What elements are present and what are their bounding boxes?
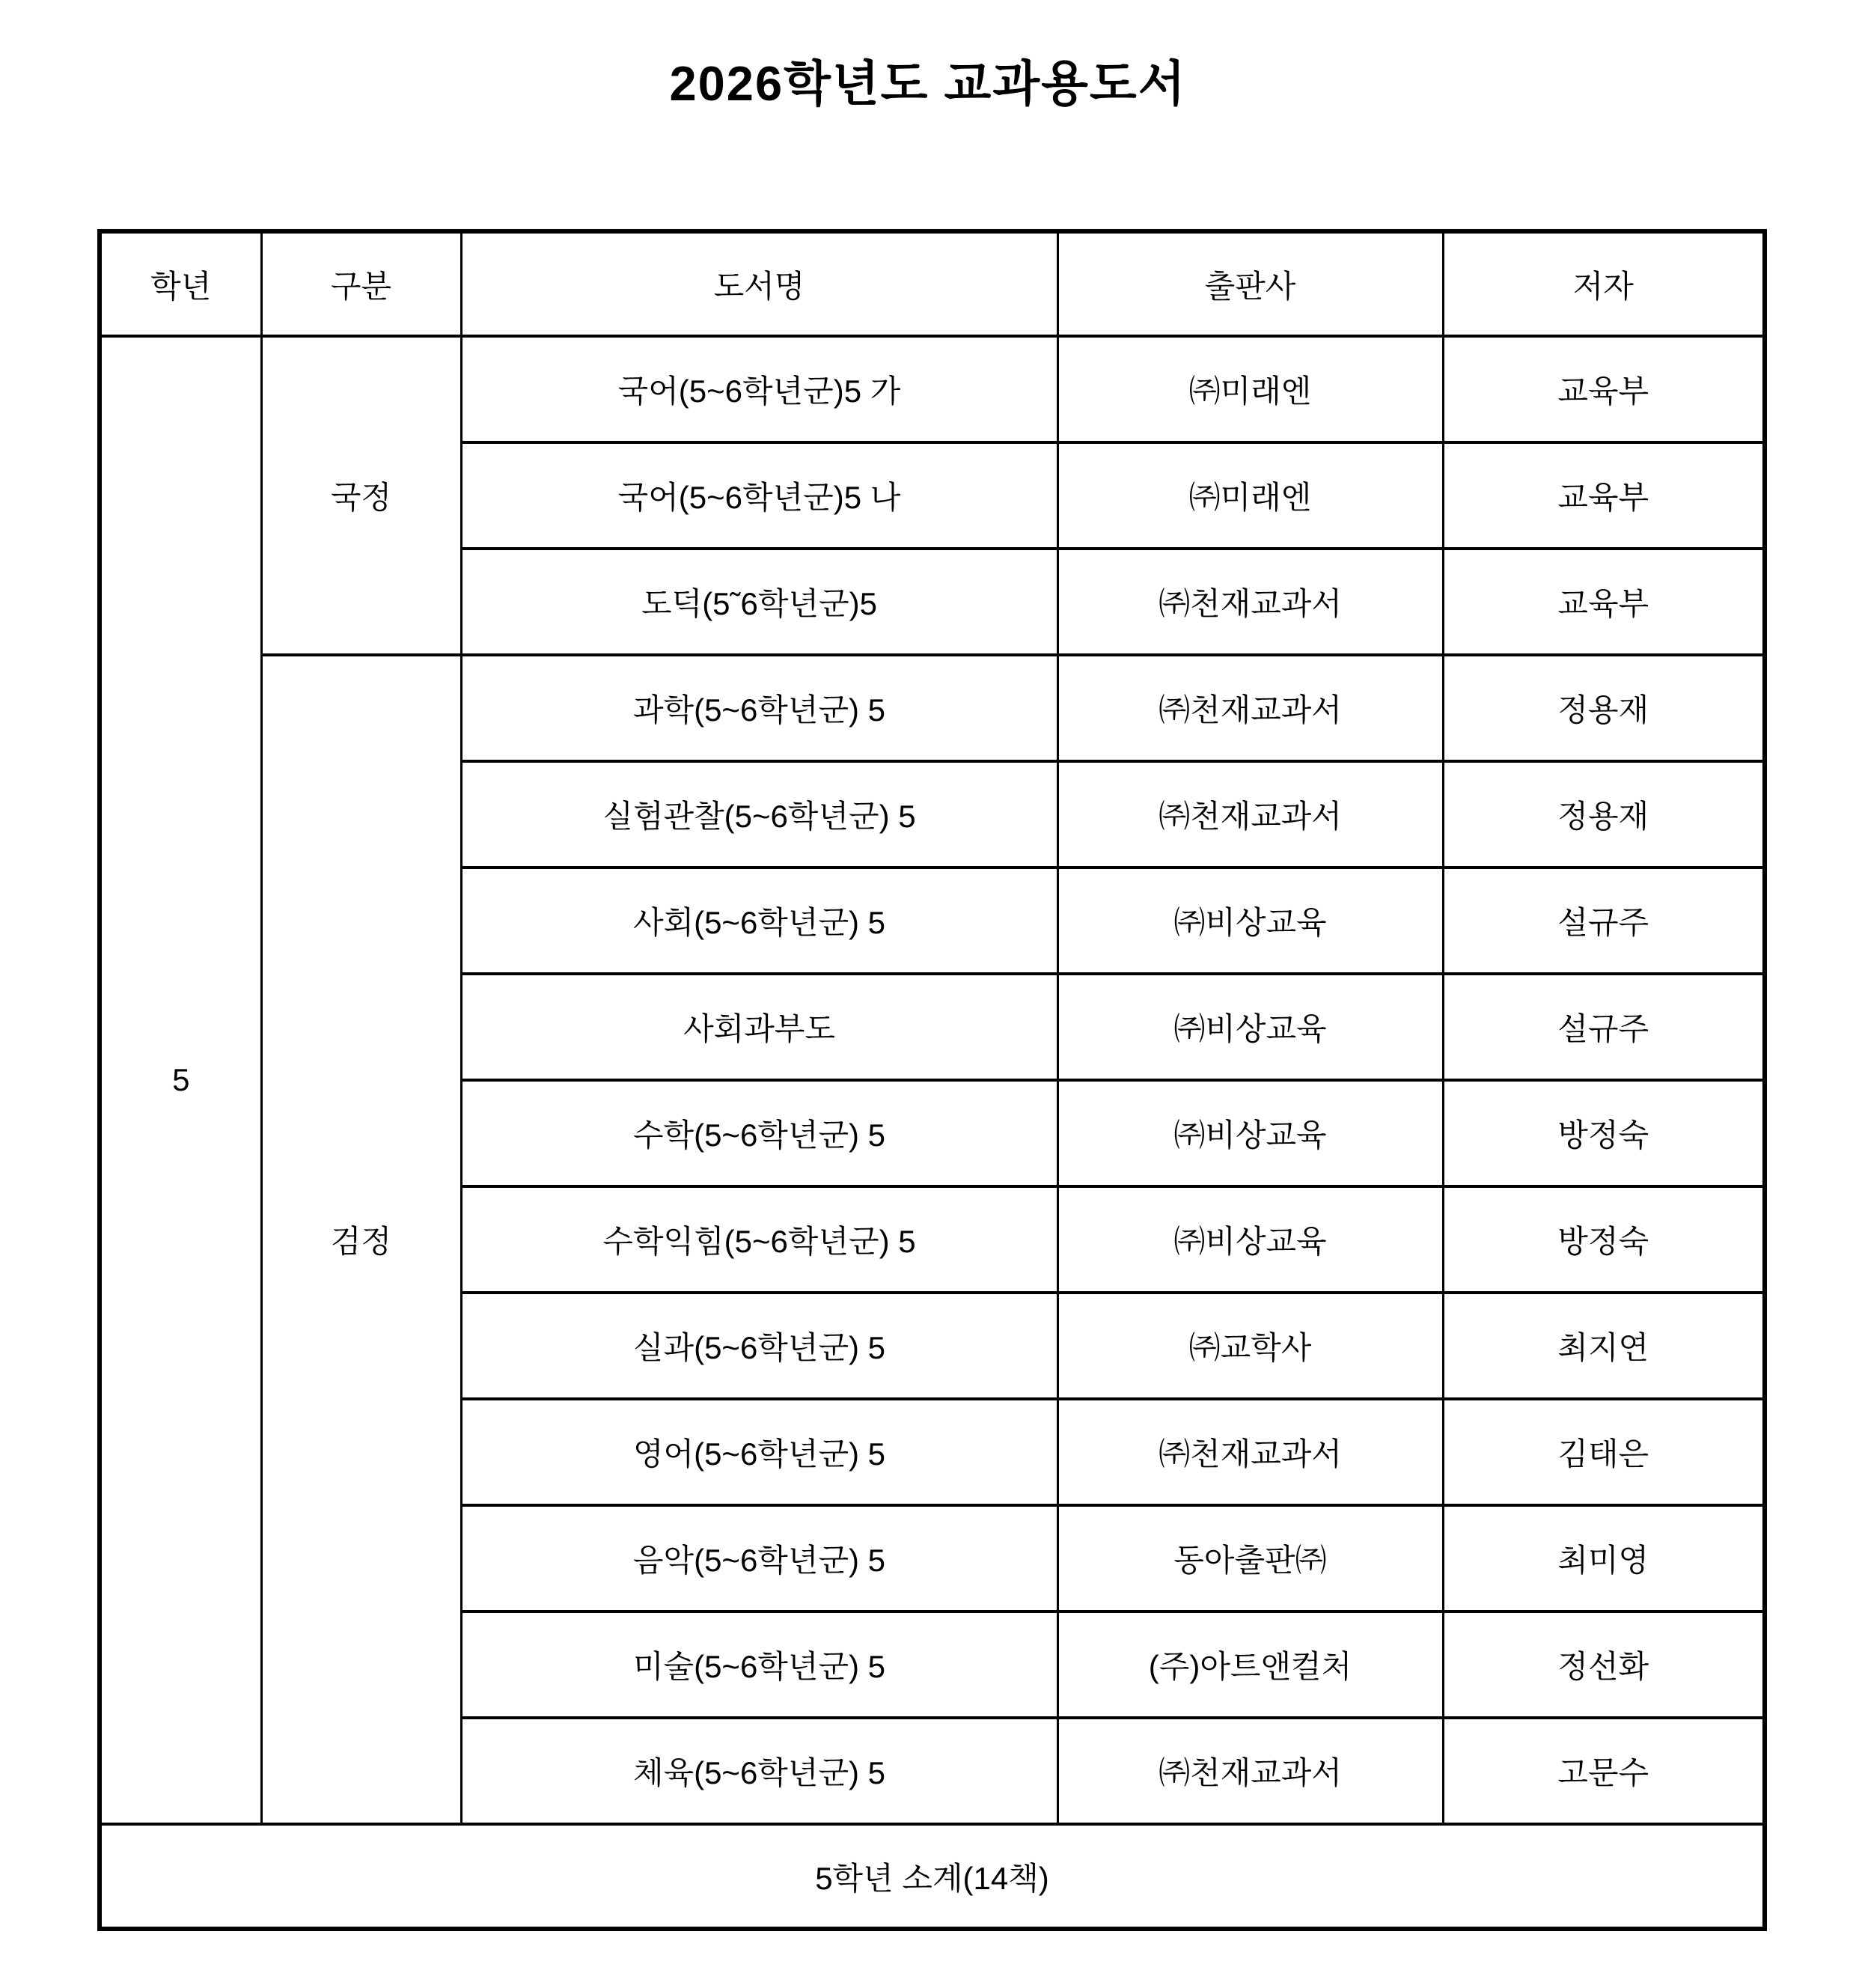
author-cell: 설규주	[1443, 868, 1765, 974]
author-cell: 설규주	[1443, 974, 1765, 1080]
author-cell: 방정숙	[1443, 1080, 1765, 1186]
publisher-cell: ㈜천재교과서	[1057, 1718, 1443, 1824]
book-title-cell: 실과(5~6학년군) 5	[461, 1293, 1057, 1399]
book-title-cell: 사회(5~6학년군) 5	[461, 868, 1057, 974]
table-header-row: 학년 구분 도서명 출판사 저자	[100, 231, 1765, 336]
author-cell: 정용재	[1443, 655, 1765, 761]
publisher-cell: (주)아트앤컬처	[1057, 1612, 1443, 1718]
subtotal-cell: 5학년 소계(14책)	[100, 1824, 1765, 1929]
book-title-cell: 도덕(5˜6학년군)5	[461, 549, 1057, 655]
book-title-cell: 과학(5~6학년군) 5	[461, 655, 1057, 761]
book-title-cell: 체육(5~6학년군) 5	[461, 1718, 1057, 1824]
author-cell: 교육부	[1443, 442, 1765, 549]
book-title-cell: 영어(5~6학년군) 5	[461, 1399, 1057, 1505]
publisher-cell: 동아출판㈜	[1057, 1505, 1443, 1612]
author-cell: 정선화	[1443, 1612, 1765, 1718]
author-cell: 정용재	[1443, 761, 1765, 868]
author-cell: 방정숙	[1443, 1186, 1765, 1293]
publisher-cell: ㈜미래엔	[1057, 336, 1443, 442]
header-grade: 학년	[100, 231, 261, 336]
publisher-cell: ㈜천재교과서	[1057, 549, 1443, 655]
publisher-cell: ㈜천재교과서	[1057, 655, 1443, 761]
author-cell: 최미영	[1443, 1505, 1765, 1612]
author-cell: 고문수	[1443, 1718, 1765, 1824]
book-title-cell: 사회과부도	[461, 974, 1057, 1080]
publisher-cell: ㈜천재교과서	[1057, 1399, 1443, 1505]
book-title-cell: 수학(5~6학년군) 5	[461, 1080, 1057, 1186]
book-title-cell: 국어(5~6학년군)5 가	[461, 336, 1057, 442]
author-cell: 김태은	[1443, 1399, 1765, 1505]
publisher-cell: ㈜교학사	[1057, 1293, 1443, 1399]
book-title-cell: 수학익힘(5~6학년군) 5	[461, 1186, 1057, 1293]
book-title-cell: 실험관찰(5~6학년군) 5	[461, 761, 1057, 868]
category-cell-approved: 검정	[261, 655, 461, 1824]
publisher-cell: ㈜미래엔	[1057, 442, 1443, 549]
header-category: 구분	[261, 231, 461, 336]
header-book-title: 도서명	[461, 231, 1057, 336]
category-cell-national: 국정	[261, 336, 461, 655]
publisher-cell: ㈜비상교육	[1057, 1186, 1443, 1293]
header-author: 저자	[1443, 231, 1765, 336]
subtotal-row: 5학년 소계(14책)	[100, 1824, 1765, 1929]
author-cell: 교육부	[1443, 549, 1765, 655]
book-title-cell: 국어(5~6학년군)5 나	[461, 442, 1057, 549]
book-title-cell: 음악(5~6학년군) 5	[461, 1505, 1057, 1612]
page-title: 2026학년도 교과용도서	[0, 0, 1856, 109]
textbook-table: 학년 구분 도서명 출판사 저자 5 국정 국어(5~6학년군)5 가 ㈜미래엔…	[97, 229, 1767, 1931]
publisher-cell: ㈜비상교육	[1057, 974, 1443, 1080]
author-cell: 최지연	[1443, 1293, 1765, 1399]
book-title-cell: 미술(5~6학년군) 5	[461, 1612, 1057, 1718]
table-row: 검정 과학(5~6학년군) 5 ㈜천재교과서 정용재	[100, 655, 1765, 761]
grade-cell: 5	[100, 336, 261, 1824]
publisher-cell: ㈜비상교육	[1057, 1080, 1443, 1186]
table-row: 5 국정 국어(5~6학년군)5 가 ㈜미래엔 교육부	[100, 336, 1765, 442]
publisher-cell: ㈜천재교과서	[1057, 761, 1443, 868]
author-cell: 교육부	[1443, 336, 1765, 442]
header-publisher: 출판사	[1057, 231, 1443, 336]
publisher-cell: ㈜비상교육	[1057, 868, 1443, 974]
